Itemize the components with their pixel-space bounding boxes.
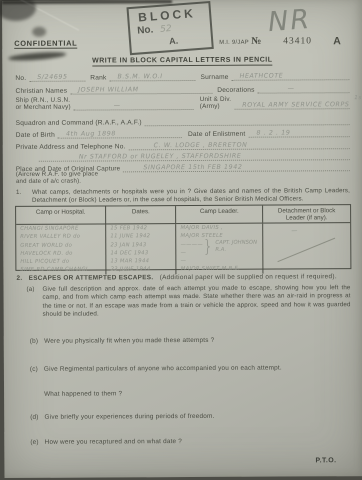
question-2d: (d) Give briefly your experiences during… xyxy=(30,412,351,421)
squadron-field xyxy=(145,116,350,126)
enlistment-label: Date of Enlistment xyxy=(182,131,249,138)
col-header-leader: Camp Leader. xyxy=(176,206,263,223)
address-label: Private Address and Telephone No. xyxy=(16,143,129,151)
stamp-number-pencil: 52 xyxy=(160,24,172,35)
unit-label: Unit & Div. (Army) xyxy=(194,96,235,111)
date-cell: 23 JUNE 1944 xyxy=(107,266,176,275)
question-1-number: 1. xyxy=(16,189,22,197)
serial-number: 43410 xyxy=(283,36,312,46)
row-christian-decorations: Christian Names JOSEPH WILLIAM Decoratio… xyxy=(15,84,349,95)
question-1-text: What camps, detachments or hospitals wer… xyxy=(16,187,350,205)
pencil-annotation-nr: NR xyxy=(267,4,312,38)
brace-sub: R.A. xyxy=(215,247,226,253)
ship-label-line1: Ship (R.N., U.S.N. xyxy=(16,97,71,104)
question-2d-label: (d) xyxy=(30,414,38,421)
question-2d-text: Give briefly your experiences during per… xyxy=(45,413,215,421)
series-letter: A xyxy=(333,35,341,47)
address-value-line1: C. W. LODGE , BRERETON xyxy=(154,142,248,149)
col-header-block-line1: Detachment or Block xyxy=(278,207,335,214)
surname-label: Surname xyxy=(195,74,231,81)
question-2e-label: (e) xyxy=(30,439,38,446)
unit-value: ROYAL ARMY SERVICE CORPS xyxy=(242,102,349,110)
question-2b-label: (b) xyxy=(30,338,38,345)
unit-label-line2: (Army) xyxy=(200,103,220,110)
enlistment-value: 8 . 2 . 19 xyxy=(256,129,290,136)
ship-field: — xyxy=(74,101,194,111)
camp-cell: SIME RD CAMP CHANGI xyxy=(16,266,105,275)
address-value-line2: Nr STAFFORD or RUGELEY , STAFFORDSHIRE xyxy=(79,153,242,161)
row-no-rank-surname: No. S/24695 Rank B.S.M. W.O.I Surname HE… xyxy=(15,71,349,82)
row-ship-unit: Ship (R.N., U.S.N. or Merchant Navy) — U… xyxy=(16,95,350,111)
question-2b-text: Were you physically fit when you made th… xyxy=(44,337,214,345)
question-2a-text: Give full description and approx. date o… xyxy=(26,284,350,319)
dates-column: 15 FEB 1942 11 JUNE 1942 23 JAN 1943 14 … xyxy=(106,224,176,274)
surname-value: HEATHCOTE xyxy=(240,73,284,80)
camps-table-header: Camp or Hospital. Dates. Camp Leader. De… xyxy=(16,205,350,225)
unit-label-line1: Unit & Div. xyxy=(200,96,232,103)
brace-glyph: } xyxy=(203,237,214,257)
form-reference: M.I. 9/JAP xyxy=(219,40,249,46)
surname-field: HEATHCOTE xyxy=(232,71,350,81)
question-2e-text: How were you recaptured and on what date… xyxy=(45,438,182,446)
address-field-line1: C. W. LODGE , BRERETON xyxy=(129,140,350,150)
classification-label: CONFIDENTIAL xyxy=(14,39,77,49)
pencil-stroke xyxy=(278,238,336,262)
camp-column: CHANGI SINGAPORE RIVER VALLEY RD do GREA… xyxy=(16,224,106,274)
ship-value: — xyxy=(114,103,121,110)
row-squadron: Squadron and Command (R.A.F., A.A.F.) xyxy=(16,116,350,127)
question-2c-text: Give Regimental particulars of anyone wh… xyxy=(44,365,282,373)
block-leader-dash: — xyxy=(291,227,297,234)
scanned-photo: BLOCK No. 52 A. NR CONFIDENTIAL M.I. 9/J… xyxy=(0,0,362,480)
section-2-title: ESCAPES OR ATTEMPTED ESCAPES. xyxy=(29,274,154,282)
block-leader-column: — xyxy=(263,223,350,273)
decorations-label: Decorations xyxy=(212,87,257,94)
brace-name: CAPT. JOHNSON xyxy=(215,240,257,246)
stamp-block-text: BLOCK xyxy=(138,6,197,24)
numero-symbol: № xyxy=(251,36,261,47)
col-header-block: Detachment or Block Leader (if any). xyxy=(263,205,350,222)
question-2c: (c) Give Regimental particulars of anyon… xyxy=(30,364,351,373)
question-2b: (b) Were you physically fit when you mad… xyxy=(30,336,351,345)
camps-table-body: CHANGI SINGAPORE RIVER VALLEY RD do GREA… xyxy=(16,223,350,269)
dob-field: 4th Aug 1898 xyxy=(58,129,182,139)
question-2c-label: (c) xyxy=(30,366,38,373)
stamp-no-text: No. xyxy=(137,24,154,36)
christian-names-label: Christian Names xyxy=(15,88,70,95)
christian-names-value: JOSEPH WILLIAM xyxy=(78,86,138,93)
camps-table: Camp or Hospital. Dates. Camp Leader. De… xyxy=(15,204,351,271)
rank-value: B.S.M. W.O.I xyxy=(117,73,162,80)
capture-label-line3: and date of a/c crash). xyxy=(16,176,350,185)
ship-label: Ship (R.N., U.S.N. or Merchant Navy) xyxy=(16,97,74,112)
row-address: Private Address and Telephone No. C. W. … xyxy=(16,140,350,151)
row-dob-enlistment: Date of Birth 4th Aug 1898 Date of Enlis… xyxy=(16,128,350,139)
dob-label: Date of Birth xyxy=(16,132,58,139)
no-label: No. xyxy=(15,75,29,82)
question-2a: (a) Give full description and approx. da… xyxy=(16,284,350,319)
question-1: 1. What camps, detachments or hospitals … xyxy=(16,187,350,205)
leader-column: MAJOR DAVIS , MAJOR STEELE ———— — — MAJO… xyxy=(176,224,263,274)
leader-brace-annotation: } CAPT. JOHNSON R.A. xyxy=(203,237,258,257)
squadron-label: Squadron and Command (R.A.F., A.A.F.) xyxy=(16,119,145,127)
row-address-2: Nr STAFFORD or RUGELEY , STAFFORDSHIRE xyxy=(39,151,350,162)
instruction-heading: WRITE IN BLOCK CAPITAL LETTERS IN PENCIL xyxy=(2,56,362,65)
unit-field: ROYAL ARMY SERVICE CORPS 1st Div. xyxy=(234,101,349,111)
section-2-number: 2. xyxy=(16,275,22,282)
question-2c2: What happened to them ? xyxy=(44,389,351,398)
question-2a-label: (a) xyxy=(26,286,34,294)
col-header-dates: Dates. xyxy=(106,206,176,223)
leader-cell: MAJOR SWIFT M.B.E. xyxy=(177,265,263,274)
stamp-letter: A. xyxy=(169,36,179,47)
dob-value: 4th Aug 1898 xyxy=(66,130,116,137)
corner-stain xyxy=(0,0,36,21)
enlistment-field: 8 . 2 . 19 xyxy=(248,128,349,138)
no-value: S/24695 xyxy=(37,74,67,81)
no-field: S/24695 xyxy=(29,73,85,82)
ship-label-line2: or Merchant Navy) xyxy=(16,104,71,111)
col-header-camp: Camp or Hospital. xyxy=(16,206,106,223)
instruction-text: WRITE IN BLOCK CAPITAL LETTERS IN PENCIL xyxy=(92,57,272,67)
question-2e: (e) How were you recaptured and on what … xyxy=(30,437,351,446)
col-header-block-line2: Leader (if any). xyxy=(286,215,328,222)
pto-label: P.T.O. xyxy=(315,457,336,464)
section-2-heading: 2. ESCAPES OR ATTEMPTED ESCAPES. (Additi… xyxy=(16,273,350,282)
block-number-stamp: BLOCK No. 52 A. xyxy=(126,1,213,55)
decorations-value: — xyxy=(288,85,295,92)
question-2c2-text: What happened to them ? xyxy=(44,390,122,397)
brace-text: CAPT. JOHNSON R.A. xyxy=(213,240,257,254)
ink-spot xyxy=(32,27,46,37)
decorations-field: — xyxy=(258,84,350,93)
form-paper: BLOCK No. 52 A. NR CONFIDENTIAL M.I. 9/J… xyxy=(2,0,362,478)
section-2-note: (Additional paper will be supplied on re… xyxy=(160,273,337,281)
rank-label: Rank xyxy=(85,74,109,81)
rank-field: B.S.M. W.O.I xyxy=(109,72,195,81)
address-field-line2: Nr STAFFORD or RUGELEY , STAFFORDSHIRE xyxy=(39,151,350,162)
christian-names-field: JOSEPH WILLIAM xyxy=(70,85,212,95)
unit-note: 1st Div. xyxy=(354,95,362,101)
